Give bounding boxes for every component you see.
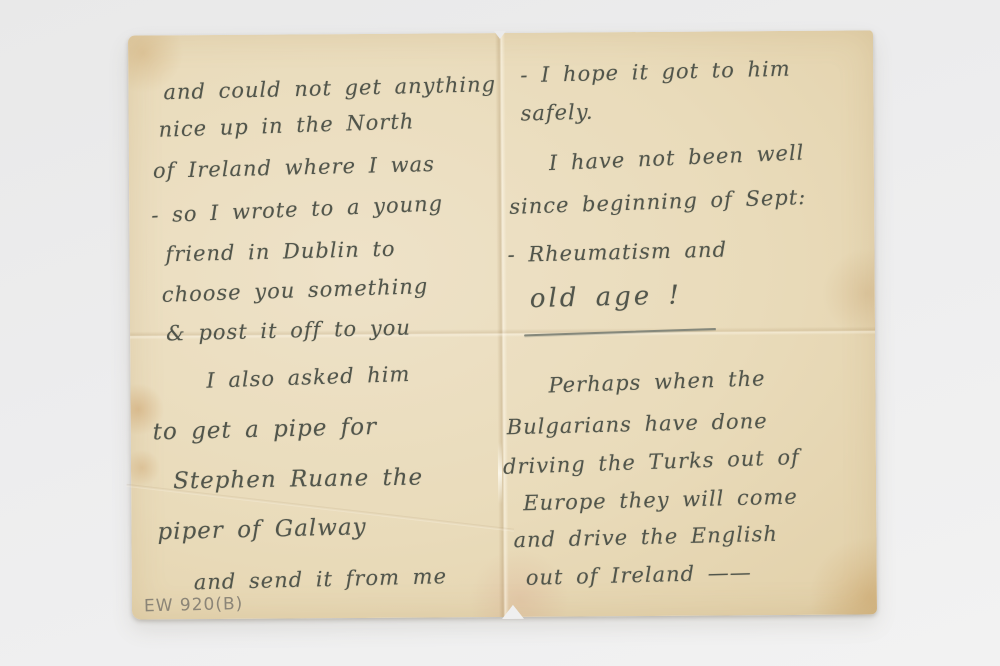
handwriting-line: choose you something (161, 274, 428, 307)
handwriting-line: Europe they will come (523, 485, 798, 516)
handwriting-line: safely. (520, 100, 594, 126)
paper-tear-bottom (501, 605, 523, 619)
letter-paper: and could not get anything nice up in th… (128, 30, 877, 619)
handwriting-line: & post it off to you (166, 316, 411, 346)
handwriting-line: I also asked him (206, 362, 411, 393)
paper-tear-top (494, 31, 506, 39)
catalog-number-label: EW 920(B) (144, 594, 244, 616)
handwriting-line: out of Ireland —— (525, 560, 752, 590)
handwriting-line: nice up in the North (158, 109, 414, 141)
handwriting-line: Stephen Ruane the (173, 464, 424, 494)
handwriting-line: and drive the English (513, 522, 778, 552)
handwriting-line: of Ireland where I was (153, 152, 436, 183)
handwriting-line: Bulgarians have done (506, 409, 767, 439)
handwriting-line: driving the Turks out of (503, 445, 801, 479)
handwriting-line: and could not get anything (163, 72, 496, 104)
paper-tear-fold (497, 442, 501, 504)
handwriting-line: - I hope it got to him (520, 57, 791, 88)
handwriting-line: Perhaps when the (548, 366, 766, 397)
handwriting-line: to get a pipe for (152, 414, 377, 445)
handwriting-line: and send it from me (194, 564, 448, 594)
handwriting-line: - so I wrote to a young (151, 191, 444, 227)
letter-photograph: and could not get anything nice up in th… (0, 0, 1000, 666)
handwriting-line: I have not been well (548, 140, 804, 175)
handwriting-line: since beginning of Sept: (509, 185, 807, 219)
handwriting-line: piper of Galway (157, 514, 367, 545)
handwriting-line: - Rheumatism and (507, 238, 727, 267)
handwriting-line-underlined: old age ! (529, 280, 682, 314)
handwriting-line: friend in Dublin to (165, 237, 396, 267)
